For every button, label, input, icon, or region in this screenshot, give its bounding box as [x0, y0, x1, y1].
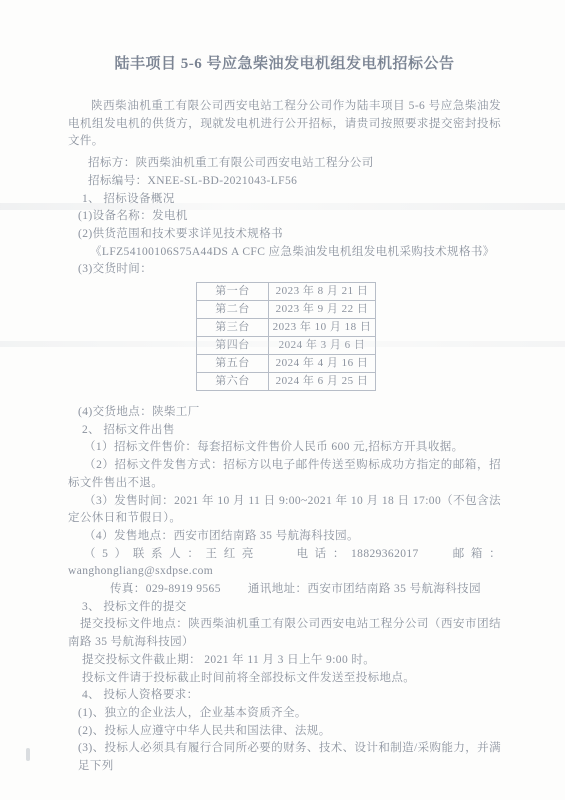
table-row: 第五台 2024 年 4 月 16 日	[197, 355, 376, 373]
table-row: 第一台 2023 年 8 月 21 日	[197, 283, 376, 301]
supply-scope-line: (2)供货范围和技术要求详见技术规格书	[68, 226, 501, 244]
intro-paragraph: 陕西柴油机重工有限公司西安电站工程分公司作为陆丰项目 5-6 号应急柴油发电机组…	[68, 98, 501, 151]
contact-line: （5）联系人：王红亮 电话：18829362017 邮箱：wanghonglia…	[68, 546, 501, 581]
sale-place-line: （4）发售地点：西安市团结南路 35 号航海科技园。	[68, 528, 501, 546]
scanned-document-page: 陆丰项目 5-6 号应急柴油发电机组发电机招标公告 陕西柴油机重工有限公司西安电…	[0, 0, 565, 800]
tender-number-line: 招标编号：XNEE-SL-BD-2021043-LF56	[68, 173, 501, 191]
date-cell: 2024 年 6 月 25 日	[269, 373, 376, 391]
delivery-place-line: (4)交货地点：陕柴工厂	[68, 404, 501, 422]
qualification-item-2: (2)、投标人应遵守中华人民共和国法律、法规。	[68, 723, 501, 741]
sale-time-line: （3）发售时间：2021 年 10 月 11 日 9:00~2021 年 10 …	[68, 493, 501, 528]
unit-cell: 第四台	[197, 337, 269, 355]
document-title: 陆丰项目 5-6 号应急柴油发电机组发电机招标公告	[68, 54, 501, 74]
doc-price-line: （1）招标文件售价：每套招标文件售价人民币 600 元,招标方开具收据。	[68, 439, 501, 457]
doc-distribution-line: （2）招标文件发售方式：招标方以电子邮件传送至购标成功方指定的邮箱，招标文件售出…	[68, 457, 501, 492]
unit-cell: 第一台	[197, 283, 269, 301]
date-cell: 2024 年 3 月 6 日	[269, 337, 376, 355]
section-2-heading: 2、 招标文件出售	[68, 422, 501, 440]
unit-cell: 第六台	[197, 373, 269, 391]
qualification-item-1: (1)、独立的企业法人，企业基本资质齐全。	[68, 705, 501, 723]
section-3-heading: 3、 投标文件的提交	[68, 599, 501, 617]
equipment-name-line: (1)设备名称：发电机	[68, 208, 501, 226]
bid-submission-place-line: 提交投标文件地点：陕西柴油机重工有限公司西安电站工程分公司（西安市团结南路 35…	[68, 616, 501, 651]
unit-cell: 第三台	[197, 319, 269, 337]
date-cell: 2023 年 9 月 22 日	[269, 301, 376, 319]
section-4-heading: 4、 投标人资格要求：	[68, 687, 501, 705]
table-row: 第三台 2023 年 10 月 18 日	[197, 319, 376, 337]
delivery-time-label: (3)交货时间：	[68, 261, 501, 279]
bid-submission-note-line: 投标文件请于投标截止时间前将全部投标文件发送至投标地点。	[68, 670, 501, 688]
spec-book-title-line: 《LFZ54100106S75A44DS A CFC 应急柴油发电机组发电机采购…	[68, 244, 501, 262]
section-1-heading: 1、 招标设备概况	[68, 191, 501, 209]
unit-cell: 第五台	[197, 355, 269, 373]
fax-address-line: 传真：029-8919 9565 通讯地址：西安市团结南路 35 号航海科技园	[68, 581, 501, 599]
date-cell: 2023 年 8 月 21 日	[269, 283, 376, 301]
delivery-schedule-table: 第一台 2023 年 8 月 21 日 第二台 2023 年 9 月 22 日 …	[196, 282, 376, 391]
date-cell: 2024 年 4 月 16 日	[269, 355, 376, 373]
table-row: 第六台 2024 年 6 月 25 日	[197, 373, 376, 391]
date-cell: 2023 年 10 月 18 日	[269, 319, 376, 337]
bid-deadline-line: 提交投标文件截止期： 2021 年 11 月 3 日上午 9:00 时。	[68, 652, 501, 670]
tenderer-line: 招标方：陕西柴油机重工有限公司西安电站工程分公司	[68, 155, 501, 173]
table-row: 第二台 2023 年 9 月 22 日	[197, 301, 376, 319]
table-row: 第四台 2024 年 3 月 6 日	[197, 337, 376, 355]
qualification-item-3: (3)、投标人必须具有履行合同所必要的财务、技术、设计和制造/采购能力，并满足下…	[68, 740, 501, 775]
unit-cell: 第二台	[197, 301, 269, 319]
